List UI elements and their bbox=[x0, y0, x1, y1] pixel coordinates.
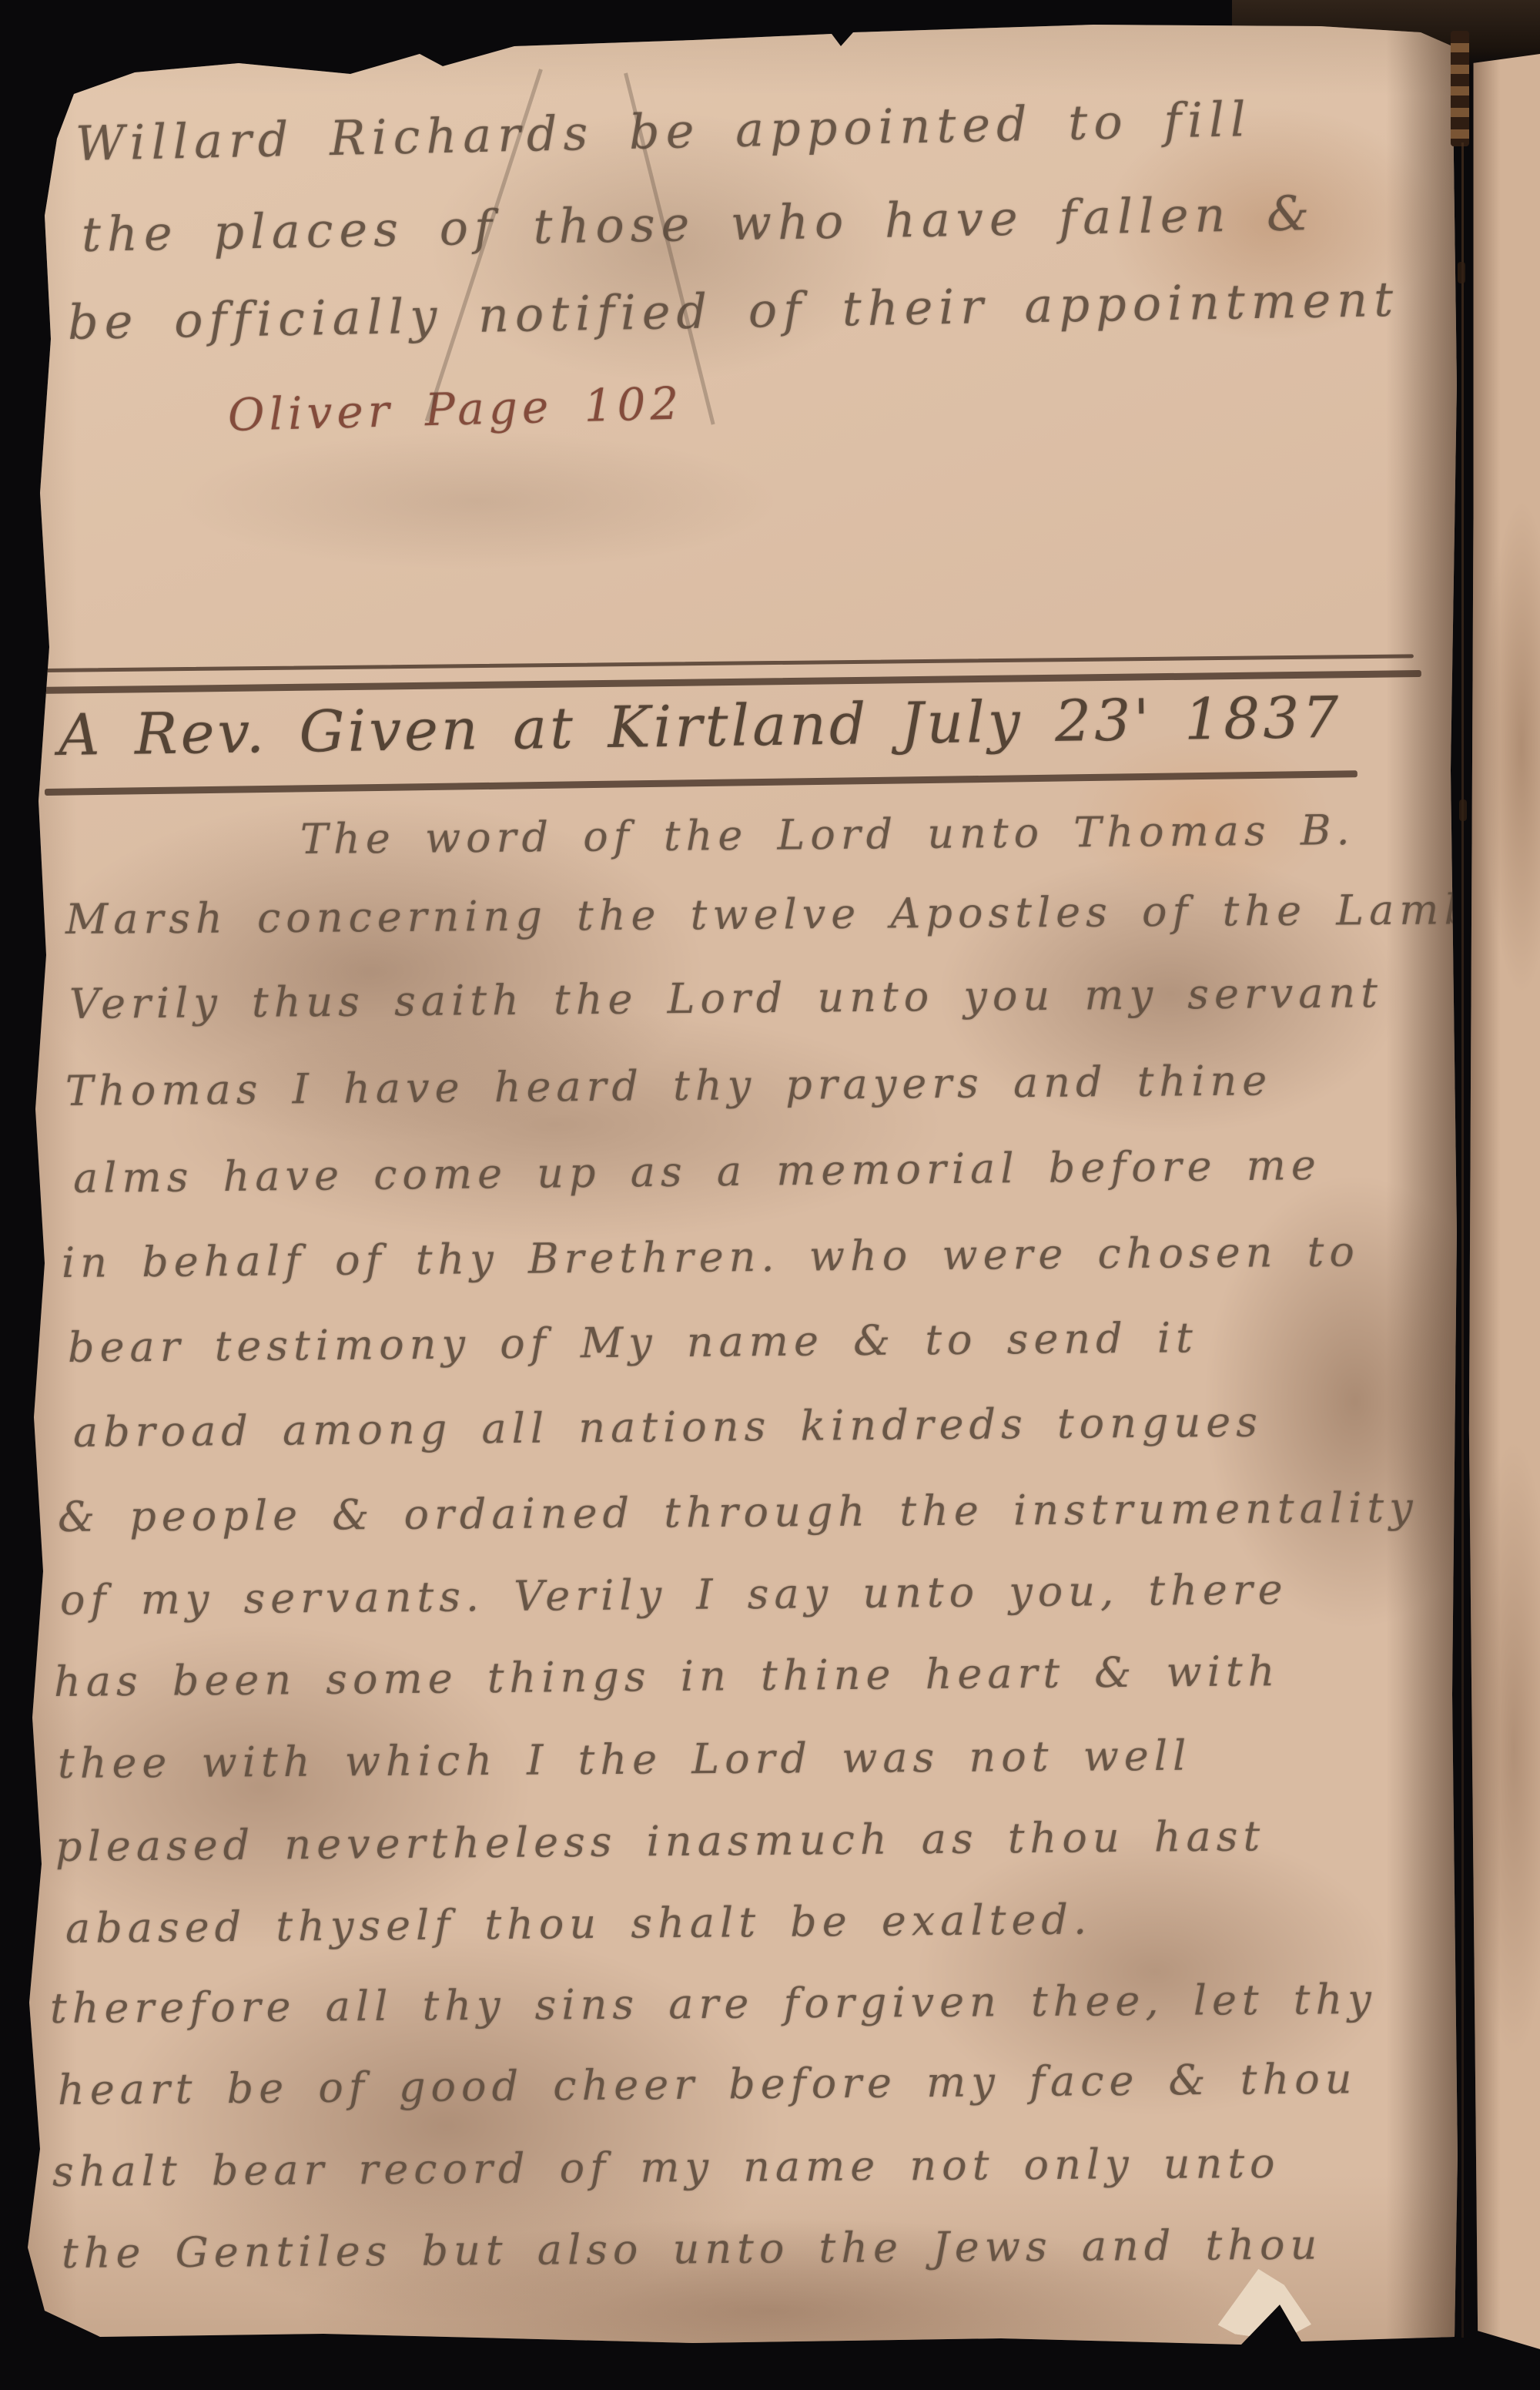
handwritten-line: be officially notified of their appointm… bbox=[67, 271, 1399, 350]
reference-note: Oliver Page 102 bbox=[227, 377, 684, 441]
handwritten-line: pleased nevertheless inasmuch as thou ha… bbox=[55, 1812, 1266, 1871]
binding-crease bbox=[1461, 142, 1464, 2338]
handwritten-line: Verily thus saith the Lord unto you my s… bbox=[69, 968, 1383, 1028]
handwritten-line: thee with which I the Lord was not well bbox=[58, 1731, 1192, 1788]
handwritten-line: bear testimony of My name & to send it bbox=[68, 1313, 1198, 1372]
handwritten-line: abased thyself thou shalt be exalted. bbox=[65, 1895, 1093, 1953]
manuscript-page: 4 Willard Richards be appointed to fill … bbox=[0, 0, 1540, 2390]
handwritten-line: in behalf of thy Brethren. who were chos… bbox=[62, 1227, 1360, 1287]
handwritten-line: & people & ordained through the instrume… bbox=[58, 1483, 1418, 1541]
handwritten-line: therefore all thy sins are forgiven thee… bbox=[50, 1975, 1377, 2033]
horizontal-rule bbox=[43, 654, 1414, 672]
revelation-heading: A Rev. Given at Kirtland July 23' 1837 bbox=[58, 685, 1342, 769]
handwritten-line: of my servants. Verily I say unto you, t… bbox=[60, 1565, 1288, 1624]
handwritten-line: abroad among all nations kindreds tongue… bbox=[73, 1398, 1263, 1456]
scanned-manuscript: 4 Willard Richards be appointed to fill … bbox=[0, 0, 1540, 2390]
handwritten-line: heart be of good cheer before my face & … bbox=[58, 2054, 1358, 2114]
adjacent-page-edge bbox=[1468, 54, 1540, 2349]
stitch-hole bbox=[1459, 799, 1467, 821]
heading-underline bbox=[45, 770, 1358, 796]
page-number: 4 bbox=[28, 71, 52, 116]
binding-stitch bbox=[1451, 31, 1469, 146]
book-gutter bbox=[1386, 31, 1463, 2341]
handwritten-line: The word of the Lord unto Thomas B. bbox=[300, 806, 1355, 863]
stitch-hole bbox=[1458, 262, 1465, 283]
handwritten-line: the places of those who have fallen & bbox=[81, 185, 1316, 263]
handwritten-line: Marsh concerning the twelve Apostles of … bbox=[65, 885, 1477, 944]
torn-paper-edge bbox=[1217, 2264, 1317, 2345]
handwritten-line: Thomas I have heard thy prayers and thin… bbox=[65, 1056, 1273, 1115]
handwritten-line: alms have come up as a memorial before m… bbox=[73, 1141, 1321, 1202]
handwritten-line: has been some things in thine heart & wi… bbox=[54, 1647, 1281, 1706]
handwritten-line: the Gentiles but also unto the Jews and … bbox=[62, 2221, 1323, 2278]
handwritten-line: shalt bear record of my name not only un… bbox=[52, 2139, 1281, 2196]
handwritten-line: Willard Richards be appointed to fill bbox=[75, 91, 1252, 172]
